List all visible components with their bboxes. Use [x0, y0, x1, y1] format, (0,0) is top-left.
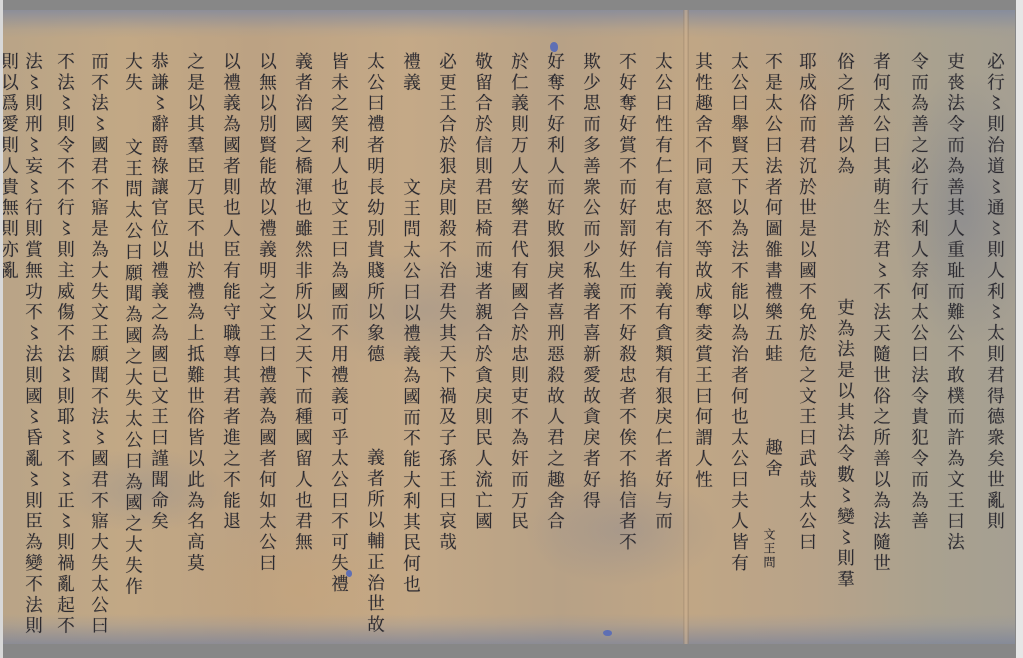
- text-column: 不是太公曰法者何圖雒書禮樂五蛙: [763, 52, 781, 366]
- ink-stain: [603, 630, 612, 636]
- text-column: 者何太公曰其萌生於君〻不法天隨世俗之所善以為法隨世: [871, 52, 889, 575]
- text-column: 敬留合於信則君臣椅而速者親合於貪戾則民人流亡國: [473, 52, 491, 533]
- text-column: 恭謙〻辭爵祿讓官位以禮義之為國已文王曰謹聞命矣: [149, 52, 167, 533]
- text-column: 令而為善之必行大利人奈何太公曰法令貴犯令而為善: [909, 52, 927, 533]
- text-column: 義者治國之橋渾也雖然非所以之天下而種國留人也君無: [293, 52, 311, 554]
- text-column: 趣舍: [763, 438, 781, 480]
- manuscript-scroll: 必行〻則治道〻通〻則人利〻太則君得德衆矣世亂則吏䘮法令而為善其人重耻而難公不敢樸…: [3, 10, 1015, 644]
- text-column: 於仁義則万人安樂君代有國合於忠則吏不為奸而万民: [509, 52, 527, 533]
- text-column: 大失: [123, 52, 141, 94]
- text-column: 之是以其羣臣万民不出於禮為上抵難世俗皆以此為名高莫: [185, 52, 203, 575]
- text-column: 以無以別賢能故以禮義明之文王曰禮義為國者何如太公曰: [257, 52, 275, 575]
- text-column: 文王問太公曰願聞為國之大失太公曰為國之大失作: [123, 138, 141, 598]
- text-column: 俗之所善以為: [835, 52, 853, 177]
- text-column: 文王問: [763, 528, 775, 570]
- text-column: 以禮義為國者則也人臣有能守職尊其君者進之不能退: [221, 52, 239, 533]
- text-column: 太公曰禮者明長幼別貴賤所以象德: [365, 52, 383, 366]
- text-column: 吏䘮法令而為善其人重耻而難公不敢樸而許為文王曰法: [945, 52, 963, 554]
- text-column: 禮義: [401, 52, 419, 94]
- text-column: 不法〻則令不不行〻則主威傷不法〻則耶〻不〻正〻則禍亂起不: [55, 52, 73, 637]
- text-column: 好奪不好利人而好敗狠戾者喜刑惡殺故人君之趣舍合: [545, 52, 563, 533]
- document-viewer: 必行〻則治道〻通〻則人利〻太則君得德衆矣世亂則吏䘮法令而為善其人重耻而難公不敢樸…: [0, 0, 1023, 658]
- text-column: 其性趣舍不同意怒不等故成奪夌賞王曰何謂人性: [693, 52, 711, 491]
- text-column: 太公曰性有仁有忠有信有義有貪類有狠戾仁者好与而: [653, 52, 671, 533]
- text-column: 必更王合於狠戾則殺不治君失其天下禍及子孫王曰哀哉: [437, 52, 455, 554]
- text-column: 耶成俗而君沉於世是以國不免於危之文王曰武哉太公曰: [797, 52, 815, 554]
- text-column: 皆未之笑利人也文王曰為國而不用禮義可乎太公曰不可失禮: [329, 52, 347, 595]
- text-column: 而不法〻國君不寤是為大失文王願聞不法〻國君不寤大失太公曰: [89, 52, 107, 637]
- viewer-right-scrollbar-track[interactable]: [1016, 0, 1023, 658]
- text-column: 吏為法是以其法令數〻變〻則羣: [835, 298, 853, 591]
- ink-stain: [550, 42, 558, 52]
- text-column: 欺少思而多善衆公而少私義者喜新愛故貪戾者好得: [581, 52, 599, 512]
- text-column: 法〻則刑〻妄〻行則賞無功不〻法則國〻昏亂〻則臣為變不法則: [23, 52, 41, 637]
- text-column: 則以爲愛則人貴無則亦亂: [3, 52, 17, 282]
- text-column: 必行〻則治道〻通〻則人利〻太則君得德衆矣世亂則: [985, 52, 1003, 533]
- text-column: 文王問太公曰以禮義為國而不能大利其民何也: [401, 178, 419, 596]
- text-column: 不好奪好賞不而好罰好生而不好殺忠者不俟不掐信者不: [617, 52, 635, 554]
- paper-seam: [683, 10, 689, 644]
- text-column: 義者所以輔正治世故: [365, 448, 383, 636]
- text-column: 太公曰舉賢天下以為法不能以為治者何也太公曰夫人皆有: [729, 52, 747, 575]
